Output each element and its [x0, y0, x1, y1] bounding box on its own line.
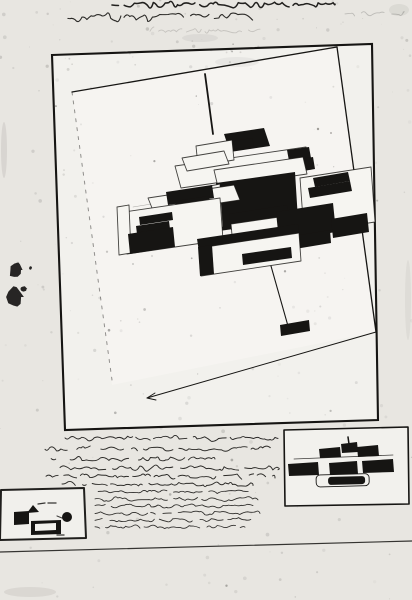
left-inset-sketch — [0, 488, 86, 540]
right-inset-elevation — [284, 427, 409, 506]
scanned-drawing-sheet — [0, 0, 412, 600]
architekton-drawing — [0, 0, 412, 600]
